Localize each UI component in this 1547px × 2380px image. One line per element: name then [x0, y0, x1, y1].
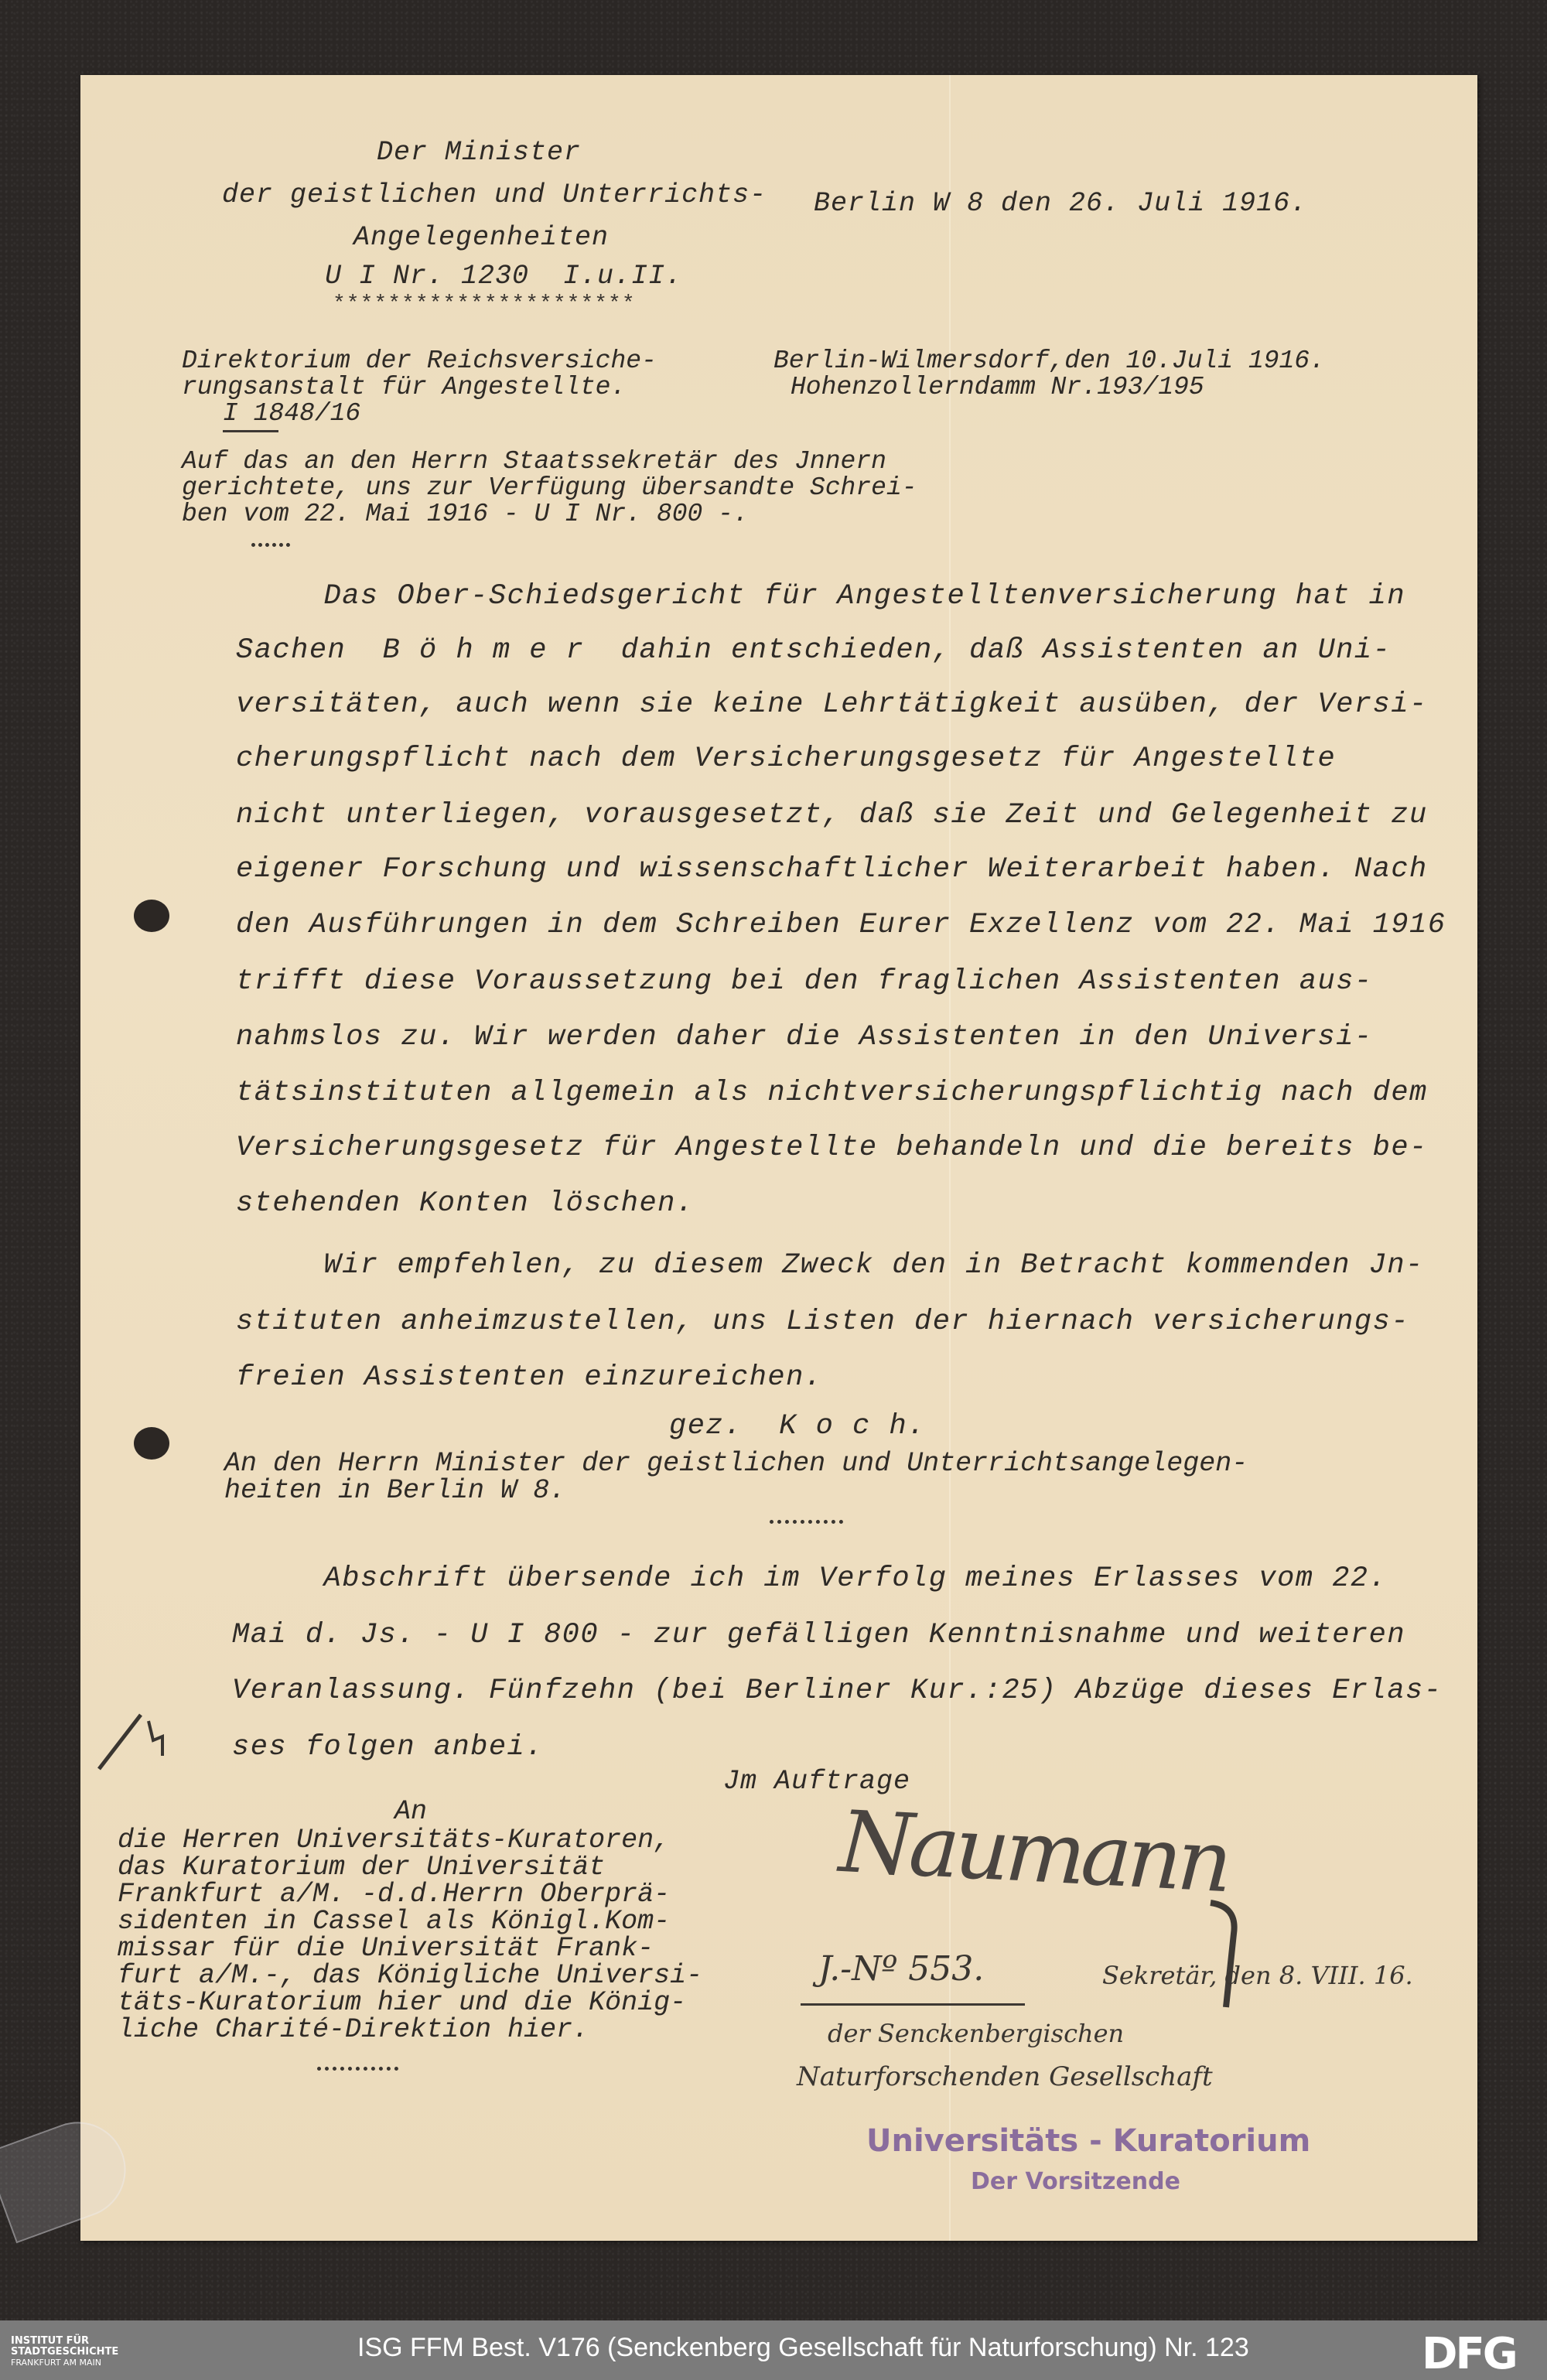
- journal-underline: [801, 2003, 1025, 2006]
- cover-line: Abschrift übersende ich im Verfolg meine…: [232, 1562, 1387, 1595]
- reference-number: U I Nr. 1230 I.u.II.: [325, 257, 682, 295]
- kuratorium-stamp-line-2: Der Vorsitzende: [971, 2168, 1180, 2195]
- copied-place-date: Berlin-Wilmersdorf,den 10.Juli 1916.: [773, 348, 1325, 374]
- recipients-heading: An: [394, 1798, 427, 1825]
- punch-hole-lower: [134, 1427, 169, 1460]
- addressee-line-1: An den Herrn Minister der geistlichen un…: [224, 1450, 1248, 1477]
- copied-address: Hohenzollerndamm Nr.193/195: [791, 374, 1204, 401]
- subject-line-1: Auf das an den Herrn Staatssekretär des …: [182, 449, 886, 475]
- body-line: Versicherungsgesetz für Angestellte beha…: [236, 1132, 1428, 1164]
- addressee-line-2: heiten in Berlin W 8.: [224, 1477, 565, 1504]
- body-line: eigener Forschung und wissenschaftlicher…: [236, 853, 1428, 886]
- body-line: den Ausführungen in dem Schreiben Eurer …: [236, 909, 1446, 941]
- recipient-line: die Herren Universitäts-Kuratoren,: [118, 1827, 670, 1853]
- body-line: freien Assistenten einzureichen.: [236, 1361, 823, 1394]
- punch-hole-upper: [134, 900, 169, 932]
- body-line: Sachen B ö h m e r dahin entschieden, da…: [236, 634, 1391, 667]
- institute-logo: INSTITUT FÜR STADTGESCHICHTE FRANKFURT A…: [11, 2336, 118, 2368]
- separator-dash: [770, 1520, 843, 1524]
- society-line-1: der Senckenbergischen: [828, 2019, 1124, 2048]
- recipient-line: furt a/M.-, das Königliche Universi-: [118, 1962, 702, 1989]
- body-line: Wir empfehlen, zu diesem Zweck den in Be…: [232, 1249, 1424, 1282]
- signature-tail-icon: [1207, 1895, 1253, 2011]
- body-line: cherungspflicht nach dem Versicherungsge…: [236, 743, 1336, 775]
- sender-line-3: Angelegenheiten: [353, 218, 609, 257]
- dfg-logo: DFG: [1422, 2332, 1516, 2377]
- body-line: stituten anheimzustellen, uns Listen der…: [236, 1306, 1409, 1338]
- body-line: tätsinstituten allgemein als nichtversic…: [236, 1077, 1428, 1109]
- separator-dash: [317, 2067, 398, 2071]
- archive-caption: ISG FFM Best. V176 (Senckenberg Gesellsc…: [357, 2333, 1249, 2363]
- recipient-line: liche Charité-Direktion hier.: [118, 2016, 589, 2043]
- cover-line: Veranlassung. Fünfzehn (bei Berliner Kur…: [232, 1675, 1442, 1707]
- institute-subline: FRANKFURT AM MAIN: [11, 2358, 118, 2368]
- body-line: versitäten, auch wenn sie keine Lehrtäti…: [236, 688, 1428, 721]
- institute-line-1: INSTITUT FÜR: [11, 2336, 118, 2347]
- society-line-2: Naturforschenden Gesellschaft: [797, 2061, 1213, 2092]
- recipient-line: täts-Kuratorium hier und die König-: [118, 1989, 686, 2016]
- copied-signature: gez. K o c h.: [669, 1410, 926, 1443]
- copied-reference: I 1848/16: [223, 401, 360, 427]
- subject-line-3: ben vom 22. Mai 1916 - U I Nr. 800 -.: [182, 501, 749, 528]
- body-line: nahmslos zu. Wir werden daher die Assist…: [236, 1021, 1373, 1053]
- handwritten-signature: Naumann: [837, 1792, 1230, 1911]
- copied-sender-line-2: rungsanstalt für Angestellte.: [182, 374, 626, 401]
- subject-line-2: gerichtete, uns zur Verfügung übersandte…: [182, 475, 917, 501]
- reference-underline: [223, 430, 278, 432]
- sender-line-2: der geistlichen und Unterrichts-: [222, 176, 767, 214]
- body-line: nicht unterliegen, vorausgesetzt, daß si…: [236, 799, 1428, 831]
- received-note: Sekretär, den 8. VIII. 16.: [1102, 1961, 1413, 1990]
- institute-line-2: STADTGESCHICHTE: [11, 2347, 118, 2358]
- recipient-line: sidenten in Cassel als Königl.Kom-: [118, 1908, 670, 1934]
- cover-line: Mai d. Js. - U I 800 - zur gefälligen Ke…: [232, 1619, 1405, 1651]
- body-line: Das Ober-Schiedsgericht für Angestellten…: [232, 580, 1405, 613]
- margin-mark-icon: [85, 1706, 178, 1775]
- stars-rule: **********************: [333, 292, 636, 316]
- copied-sender-line-1: Direktorium der Reichsversiche-: [182, 348, 657, 374]
- kuratorium-stamp-line-1: Universitäts - Kuratorium: [866, 2123, 1310, 2159]
- body-line: trifft diese Voraussetzung bei den fragl…: [236, 965, 1373, 998]
- cover-line: ses folgen anbei.: [232, 1731, 544, 1764]
- recipient-line: missar für die Universität Frank-: [118, 1935, 654, 1962]
- body-line: stehenden Konten löschen.: [236, 1187, 695, 1220]
- journal-number: J.-Nº 553.: [818, 1949, 984, 1989]
- separator-dash: [251, 543, 290, 547]
- recipient-line: Frankfurt a/M. -d.d.Herrn Oberprä-: [118, 1881, 670, 1907]
- place-date: Berlin W 8 den 26. Juli 1916.: [814, 184, 1307, 223]
- recipient-line: das Kuratorium der Universität: [118, 1854, 605, 1880]
- sender-line-1: Der Minister: [377, 133, 581, 172]
